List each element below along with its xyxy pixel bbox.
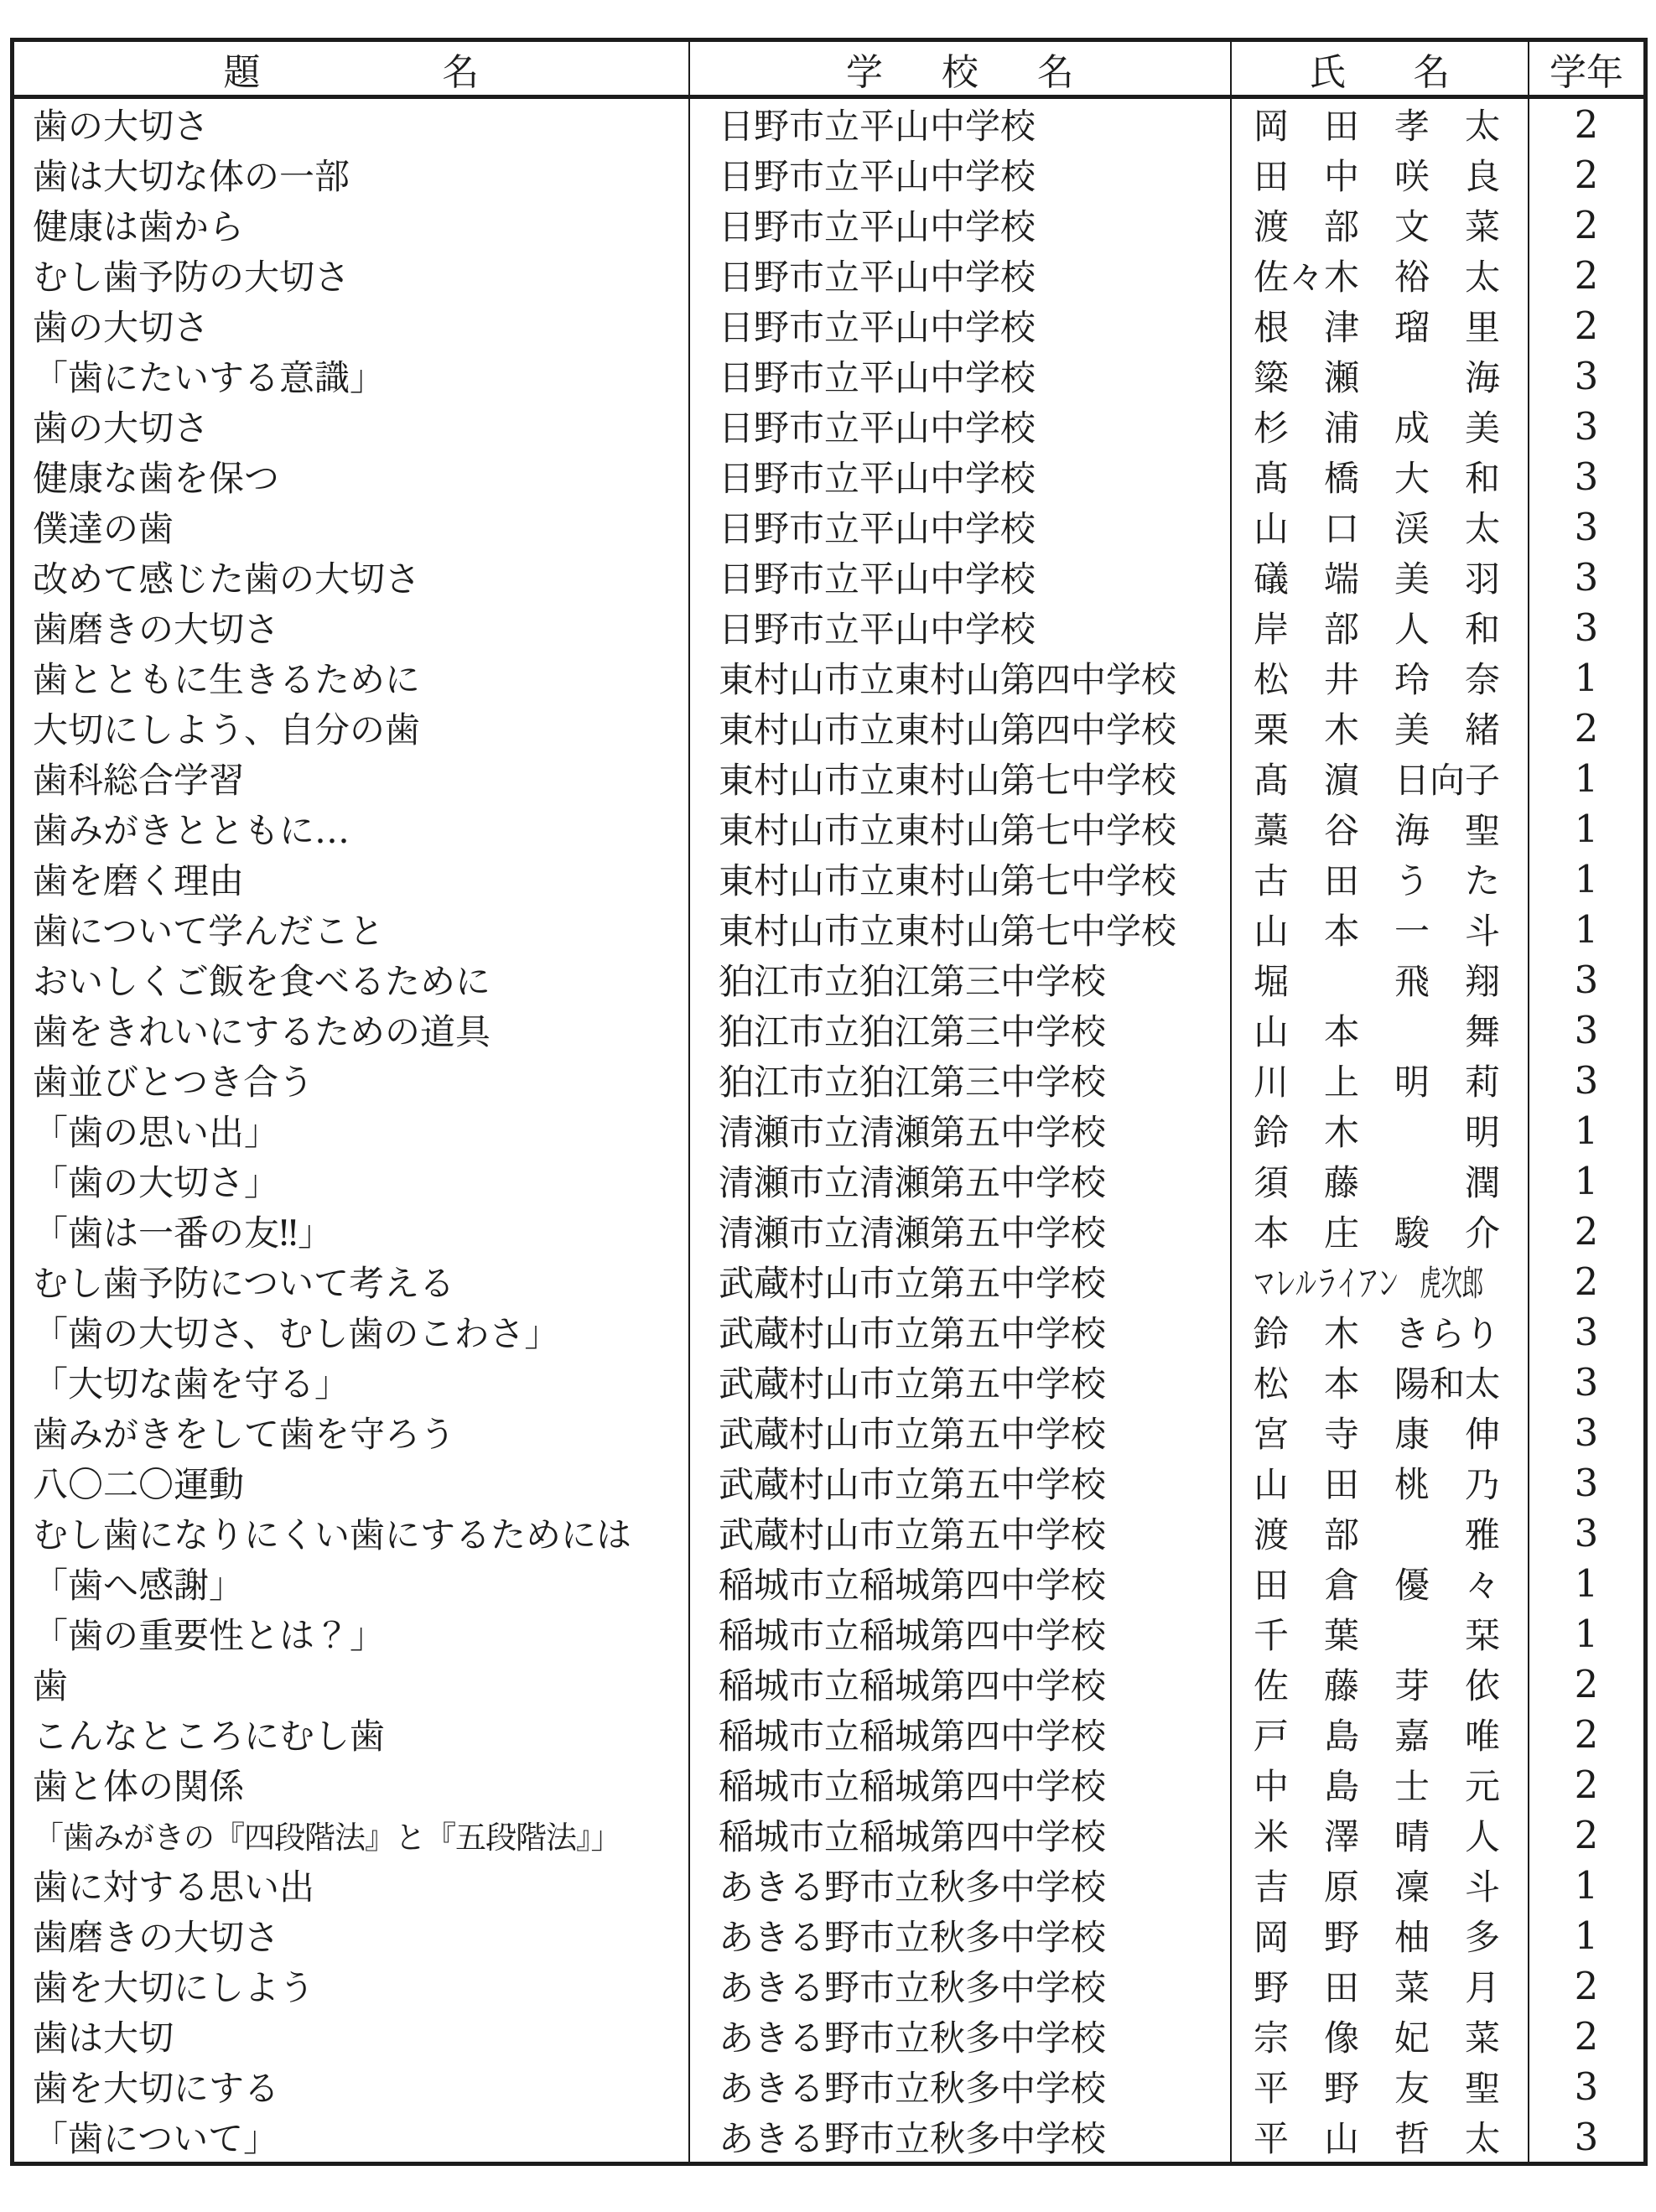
name-text: 中 島 士 元 xyxy=(1254,1759,1500,1810)
school-text: 狛江市立狛江第三中学校 xyxy=(719,1055,1106,1105)
school-text: 日野市立平山中学校 xyxy=(719,401,1036,451)
table-row: 歯は大切な体の一部日野市立平山中学校田 中 咲 良2 xyxy=(14,149,1643,200)
table-row: こんなところにむし歯稲城市立稲城第四中学校戸 島 嘉 唯2 xyxy=(14,1709,1643,1759)
cell-title: 「歯にたいする意識」 xyxy=(14,350,690,401)
cell-school: あきる野市立秋多中学校 xyxy=(690,2061,1232,2111)
grade-text: 3 xyxy=(1575,505,1599,549)
cell-school: 狛江市立狛江第三中学校 xyxy=(690,1055,1232,1105)
school-text: 武蔵村山市立第五中学校 xyxy=(719,1256,1106,1306)
school-text: 日野市立平山中学校 xyxy=(719,350,1036,401)
cell-title: おいしくご飯を食べるために xyxy=(14,954,690,1005)
school-text: 武蔵村山市立第五中学校 xyxy=(719,1407,1106,1457)
cell-title: 健康な歯を保つ xyxy=(14,451,690,501)
title-text: 歯磨きの大切さ xyxy=(33,1910,279,1960)
grade-text: 1 xyxy=(1575,1612,1599,1656)
cell-school: 日野市立平山中学校 xyxy=(690,501,1232,552)
cell-name: 礒 端 美 羽 xyxy=(1232,552,1529,602)
title-text: 歯磨きの大切さ xyxy=(33,602,279,652)
table-row: 歯みがきとともに…東村山市立東村山第七中学校藁 谷 海 聖1 xyxy=(14,803,1643,854)
cell-title: 歯みがきをして歯を守ろう xyxy=(14,1407,690,1457)
cell-name: 平 山 哲 太 xyxy=(1232,2111,1529,2162)
grade-text: 1 xyxy=(1575,857,1599,901)
cell-title: 僕達の歯 xyxy=(14,501,690,552)
cell-school: 武蔵村山市立第五中学校 xyxy=(690,1407,1232,1457)
table-body: 歯の大切さ日野市立平山中学校岡 田 孝 太2歯は大切な体の一部日野市立平山中学校… xyxy=(14,99,1643,2162)
cell-title: むし歯になりにくい歯にするためには xyxy=(14,1508,690,1558)
cell-title: 歯とともに生きるために xyxy=(14,652,690,703)
cell-grade: 3 xyxy=(1529,350,1643,401)
table-row: 「歯の重要性とは？」稲城市立稲城第四中学校千 葉 栞1 xyxy=(14,1608,1643,1659)
table-row: 歯磨きの大切さ日野市立平山中学校岸 部 人 和3 xyxy=(14,602,1643,652)
cell-school: 東村山市立東村山第七中学校 xyxy=(690,803,1232,854)
cell-school: 稲城市立稲城第四中学校 xyxy=(690,1709,1232,1759)
table-row: 僕達の歯日野市立平山中学校山 口 渓 太3 xyxy=(14,501,1643,552)
cell-grade: 2 xyxy=(1529,99,1643,149)
grade-text: 3 xyxy=(1575,555,1599,600)
cell-school: 日野市立平山中学校 xyxy=(690,350,1232,401)
title-text: 「歯へ感謝」 xyxy=(33,1558,244,1608)
cell-grade: 1 xyxy=(1529,1608,1643,1659)
school-text: 狛江市立狛江第三中学校 xyxy=(719,954,1106,1005)
cell-name: 山 本 舞 xyxy=(1232,1005,1529,1055)
cell-school: 武蔵村山市立第五中学校 xyxy=(690,1457,1232,1508)
cell-grade: 2 xyxy=(1529,1206,1643,1256)
cell-school: 稲城市立稲城第四中学校 xyxy=(690,1759,1232,1810)
cell-title: 歯並びとつき合う xyxy=(14,1055,690,1105)
cell-title: 歯の大切さ xyxy=(14,99,690,149)
grade-text: 2 xyxy=(1575,1209,1599,1254)
cell-grade: 2 xyxy=(1529,1709,1643,1759)
cell-grade: 3 xyxy=(1529,1005,1643,1055)
cell-name: 田 中 咲 良 xyxy=(1232,149,1529,200)
school-text: 稲城市立稲城第四中学校 xyxy=(719,1659,1106,1709)
name-text: 平 山 哲 太 xyxy=(1254,2111,1500,2162)
cell-title: むし歯予防の大切さ xyxy=(14,250,690,300)
cell-school: 日野市立平山中学校 xyxy=(690,401,1232,451)
table-row: 歯をきれいにするための道具狛江市立狛江第三中学校山 本 舞3 xyxy=(14,1005,1643,1055)
school-text: 日野市立平山中学校 xyxy=(719,451,1036,501)
school-text: 武蔵村山市立第五中学校 xyxy=(719,1508,1106,1558)
cell-name: 岸 部 人 和 xyxy=(1232,602,1529,652)
school-text: 東村山市立東村山第七中学校 xyxy=(719,753,1176,803)
school-text: 武蔵村山市立第五中学校 xyxy=(719,1457,1106,1508)
table-row: 歯とともに生きるために東村山市立東村山第四中学校松 井 玲 奈1 xyxy=(14,652,1643,703)
title-text: 歯の大切さ xyxy=(33,401,209,451)
cell-school: 稲城市立稲城第四中学校 xyxy=(690,1558,1232,1608)
cell-grade: 3 xyxy=(1529,2111,1643,2162)
cell-name: 山 本 一 斗 xyxy=(1232,904,1529,954)
name-text: 佐々木 裕 太 xyxy=(1254,250,1500,300)
table-row: 八〇二〇運動武蔵村山市立第五中学校山 田 桃 乃3 xyxy=(14,1457,1643,1508)
name-text: 米 澤 晴 人 xyxy=(1254,1810,1500,1860)
title-text: むし歯予防の大切さ xyxy=(33,250,350,300)
title-text: 歯を大切にしよう xyxy=(33,1960,314,2011)
cell-grade: 1 xyxy=(1529,803,1643,854)
school-text: 日野市立平山中学校 xyxy=(719,300,1036,350)
table-row: 健康は歯から日野市立平山中学校渡 部 文 菜2 xyxy=(14,200,1643,250)
cell-grade: 1 xyxy=(1529,854,1643,904)
table-row: 歯の大切さ日野市立平山中学校杉 浦 成 美3 xyxy=(14,401,1643,451)
title-text: 歯を大切にする xyxy=(33,2061,279,2111)
table-row: 改めて感じた歯の大切さ日野市立平山中学校礒 端 美 羽3 xyxy=(14,552,1643,602)
name-text: 平 野 友 聖 xyxy=(1254,2061,1500,2111)
grade-text: 3 xyxy=(1575,2064,1599,2109)
school-text: 清瀬市立清瀬第五中学校 xyxy=(719,1105,1106,1155)
school-text: 稲城市立稲城第四中学校 xyxy=(719,1810,1106,1860)
cell-school: 日野市立平山中学校 xyxy=(690,149,1232,200)
title-text: むし歯予防について考える xyxy=(33,1256,454,1306)
cell-school: 稲城市立稲城第四中学校 xyxy=(690,1608,1232,1659)
table-row: 歯は大切あきる野市立秋多中学校宗 像 妃 菜2 xyxy=(14,2011,1643,2061)
header-school: 学校名 xyxy=(690,42,1232,96)
name-text: 山 本 舞 xyxy=(1254,1005,1500,1055)
name-text: 髙 橋 大 和 xyxy=(1254,451,1500,501)
name-text: 山 口 渓 太 xyxy=(1254,501,1500,552)
cell-title: むし歯予防について考える xyxy=(14,1256,690,1306)
name-text: 山 本 一 斗 xyxy=(1254,904,1500,954)
cell-school: 武蔵村山市立第五中学校 xyxy=(690,1256,1232,1306)
cell-grade: 1 xyxy=(1529,753,1643,803)
cell-name: 中 島 士 元 xyxy=(1232,1759,1529,1810)
title-text: 健康な歯を保つ xyxy=(33,451,279,501)
cell-title: 八〇二〇運動 xyxy=(14,1457,690,1508)
grade-text: 2 xyxy=(1575,706,1599,750)
table-row: 「大切な歯を守る」武蔵村山市立第五中学校松 本 陽和太3 xyxy=(14,1357,1643,1407)
cell-grade: 1 xyxy=(1529,652,1643,703)
title-text: 歯に対する思い出 xyxy=(33,1860,314,1910)
grade-text: 2 xyxy=(1575,1763,1599,1807)
cell-school: 日野市立平山中学校 xyxy=(690,99,1232,149)
table-row: 歯に対する思い出あきる野市立秋多中学校吉 原 凜 斗1 xyxy=(14,1860,1643,1910)
cell-name: 鈴 木 明 xyxy=(1232,1105,1529,1155)
cell-name: 渡 部 雅 xyxy=(1232,1508,1529,1558)
name-text: 鈴 木 きらり xyxy=(1254,1306,1500,1357)
name-text: 渡 部 雅 xyxy=(1254,1508,1500,1558)
name-text: 岸 部 人 和 xyxy=(1254,602,1500,652)
grade-text: 1 xyxy=(1575,907,1599,952)
cell-grade: 3 xyxy=(1529,1357,1643,1407)
grade-text: 2 xyxy=(1575,253,1599,298)
cell-title: 歯をきれいにするための道具 xyxy=(14,1005,690,1055)
school-text: 日野市立平山中学校 xyxy=(719,149,1036,200)
title-text: 歯の大切さ xyxy=(33,99,209,149)
cell-name: 山 口 渓 太 xyxy=(1232,501,1529,552)
title-text: むし歯になりにくい歯にするためには xyxy=(33,1508,631,1558)
title-text: 「大切な歯を守る」 xyxy=(33,1357,350,1407)
school-text: 稲城市立稲城第四中学校 xyxy=(719,1558,1106,1608)
cell-grade: 2 xyxy=(1529,703,1643,753)
school-text: 武蔵村山市立第五中学校 xyxy=(719,1357,1106,1407)
grade-text: 2 xyxy=(1575,102,1599,147)
cell-name: 栗 木 美 緒 xyxy=(1232,703,1529,753)
name-text: 佐 藤 芽 依 xyxy=(1254,1659,1500,1709)
table-row: 歯を大切にするあきる野市立秋多中学校平 野 友 聖3 xyxy=(14,2061,1643,2111)
title-text: 歯をきれいにするための道具 xyxy=(33,1005,491,1055)
title-text: 「歯にたいする意識」 xyxy=(33,350,385,401)
cell-school: 稲城市立稲城第四中学校 xyxy=(690,1810,1232,1860)
cell-name: 吉 原 凜 斗 xyxy=(1232,1860,1529,1910)
grade-text: 1 xyxy=(1575,656,1599,700)
cell-grade: 3 xyxy=(1529,2061,1643,2111)
name-text: 本 庄 駿 介 xyxy=(1254,1206,1500,1256)
grade-text: 3 xyxy=(1575,1310,1599,1354)
cell-grade: 2 xyxy=(1529,1810,1643,1860)
cell-name: 髙 濵 日向子 xyxy=(1232,753,1529,803)
title-text: 健康は歯から xyxy=(33,200,244,250)
school-text: あきる野市立秋多中学校 xyxy=(719,1860,1106,1910)
grade-text: 3 xyxy=(1575,1461,1599,1505)
cell-name: 川 上 明 莉 xyxy=(1232,1055,1529,1105)
title-text: 「歯について」 xyxy=(33,2111,278,2162)
cell-school: 清瀬市立清瀬第五中学校 xyxy=(690,1155,1232,1206)
cell-title: 歯の大切さ xyxy=(14,300,690,350)
table-row: 歯を磨く理由東村山市立東村山第七中学校古 田 う た1 xyxy=(14,854,1643,904)
cell-title: 歯磨きの大切さ xyxy=(14,1910,690,1960)
header-grade: 学年 xyxy=(1529,42,1643,96)
school-text: あきる野市立秋多中学校 xyxy=(719,1910,1106,1960)
cell-title: 歯を大切にする xyxy=(14,2061,690,2111)
school-text: 日野市立平山中学校 xyxy=(719,99,1036,149)
name-text: 古 田 う た xyxy=(1254,854,1500,904)
cell-title: 健康は歯から xyxy=(14,200,690,250)
cell-title: 歯科総合学習 xyxy=(14,753,690,803)
name-text: 岡 田 孝 太 xyxy=(1254,99,1500,149)
name-text: 堀 飛 翔 xyxy=(1254,954,1500,1005)
cell-name: 宗 像 妃 菜 xyxy=(1232,2011,1529,2061)
cell-title: 改めて感じた歯の大切さ xyxy=(14,552,690,602)
table-row: 歯の大切さ日野市立平山中学校根 津 瑠 里2 xyxy=(14,300,1643,350)
name-text: 宮 寺 康 伸 xyxy=(1254,1407,1500,1457)
header-name-label: 氏名 xyxy=(1310,42,1451,96)
table-row: 歯稲城市立稲城第四中学校佐 藤 芽 依2 xyxy=(14,1659,1643,1709)
title-text: 歯並びとつき合う xyxy=(33,1055,314,1105)
title-text: 歯科総合学習 xyxy=(33,753,244,803)
title-text: おいしくご飯を食べるために xyxy=(33,954,491,1005)
table-row: 歯を大切にしようあきる野市立秋多中学校野 田 菜 月2 xyxy=(14,1960,1643,2011)
cell-name: 杉 浦 成 美 xyxy=(1232,401,1529,451)
title-text: 「歯の重要性とは？」 xyxy=(33,1608,385,1659)
school-text: 清瀬市立清瀬第五中学校 xyxy=(719,1206,1106,1256)
grade-text: 2 xyxy=(1575,2014,1599,2059)
cell-school: 清瀬市立清瀬第五中学校 xyxy=(690,1206,1232,1256)
title-text: 「歯の大切さ、むし歯のこわさ」 xyxy=(33,1306,559,1357)
grade-text: 3 xyxy=(1575,1410,1599,1455)
title-text: 歯とともに生きるために xyxy=(33,652,420,703)
table-row: 健康な歯を保つ日野市立平山中学校髙 橋 大 和3 xyxy=(14,451,1643,501)
cell-name: 渡 部 文 菜 xyxy=(1232,200,1529,250)
name-text: 杉 浦 成 美 xyxy=(1254,401,1500,451)
grade-text: 3 xyxy=(1575,2115,1599,2159)
title-text: 大切にしよう、自分の歯 xyxy=(33,703,420,753)
cell-school: あきる野市立秋多中学校 xyxy=(690,1910,1232,1960)
table-row: 「歯の思い出」清瀬市立清瀬第五中学校鈴 木 明1 xyxy=(14,1105,1643,1155)
title-text: こんなところにむし歯 xyxy=(33,1709,385,1759)
cell-name: 松 井 玲 奈 xyxy=(1232,652,1529,703)
table-row: 「歯の大切さ」清瀬市立清瀬第五中学校須 藤 潤1 xyxy=(14,1155,1643,1206)
name-text: 栗 木 美 緒 xyxy=(1254,703,1500,753)
table-row: 「歯の大切さ、むし歯のこわさ」武蔵村山市立第五中学校鈴 木 きらり3 xyxy=(14,1306,1643,1357)
name-text: 岡 野 柚 多 xyxy=(1254,1910,1500,1960)
cell-name: 髙 橋 大 和 xyxy=(1232,451,1529,501)
cell-school: 日野市立平山中学校 xyxy=(690,300,1232,350)
name-text: 根 津 瑠 里 xyxy=(1254,300,1500,350)
grade-text: 2 xyxy=(1575,1964,1599,2008)
cell-name: 米 澤 晴 人 xyxy=(1232,1810,1529,1860)
name-text: 松 本 陽和太 xyxy=(1254,1357,1500,1407)
table-row: むし歯になりにくい歯にするためには武蔵村山市立第五中学校渡 部 雅3 xyxy=(14,1508,1643,1558)
school-text: 日野市立平山中学校 xyxy=(719,250,1036,300)
table-row: 歯科総合学習東村山市立東村山第七中学校髙 濵 日向子1 xyxy=(14,753,1643,803)
title-text: 改めて感じた歯の大切さ xyxy=(33,552,420,602)
cell-title: 「歯の大切さ、むし歯のこわさ」 xyxy=(14,1306,690,1357)
title-text: 僕達の歯 xyxy=(33,501,174,552)
cell-grade: 3 xyxy=(1529,501,1643,552)
grade-text: 1 xyxy=(1575,1863,1599,1908)
school-text: 東村山市立東村山第七中学校 xyxy=(719,803,1176,854)
title-text: 歯の大切さ xyxy=(33,300,209,350)
header-school-label: 学校名 xyxy=(846,42,1074,96)
header-grade-label: 学年 xyxy=(1550,42,1623,96)
school-text: 東村山市立東村山第四中学校 xyxy=(719,652,1176,703)
cell-grade: 2 xyxy=(1529,1256,1643,1306)
grade-text: 3 xyxy=(1575,354,1599,398)
title-text: 歯は大切な体の一部 xyxy=(33,149,350,200)
cell-name: 堀 飛 翔 xyxy=(1232,954,1529,1005)
name-text: 川 上 明 莉 xyxy=(1254,1055,1500,1105)
school-text: 東村山市立東村山第七中学校 xyxy=(719,904,1176,954)
table-row: 歯の大切さ日野市立平山中学校岡 田 孝 太2 xyxy=(14,99,1643,149)
school-text: 日野市立平山中学校 xyxy=(719,552,1036,602)
cell-grade: 2 xyxy=(1529,1960,1643,2011)
cell-school: 日野市立平山中学校 xyxy=(690,552,1232,602)
cell-school: 狛江市立狛江第三中学校 xyxy=(690,954,1232,1005)
table-row: おいしくご飯を食べるために狛江市立狛江第三中学校堀 飛 翔3 xyxy=(14,954,1643,1005)
cell-grade: 1 xyxy=(1529,1105,1643,1155)
cell-school: 東村山市立東村山第七中学校 xyxy=(690,753,1232,803)
grade-text: 2 xyxy=(1575,304,1599,348)
cell-name: 本 庄 駿 介 xyxy=(1232,1206,1529,1256)
cell-school: 武蔵村山市立第五中学校 xyxy=(690,1508,1232,1558)
name-text: 藁 谷 海 聖 xyxy=(1254,803,1500,854)
title-text: 歯と体の関係 xyxy=(33,1759,244,1810)
table-row: 「歯へ感謝」稲城市立稲城第四中学校田 倉 優 々1 xyxy=(14,1558,1643,1608)
table-row: 「歯は一番の友‼」清瀬市立清瀬第五中学校本 庄 駿 介2 xyxy=(14,1206,1643,1256)
grade-text: 1 xyxy=(1575,1913,1599,1958)
grade-text: 3 xyxy=(1575,454,1599,499)
winners-table: 題名 学校名 氏名 学年 歯の大切さ日野市立平山中学校岡 田 孝 太2歯は大切な… xyxy=(10,38,1648,2166)
cell-title: 歯を磨く理由 xyxy=(14,854,690,904)
cell-name: 田 倉 優 々 xyxy=(1232,1558,1529,1608)
cell-grade: 1 xyxy=(1529,1155,1643,1206)
grade-text: 3 xyxy=(1575,1360,1599,1405)
name-text: 須 藤 潤 xyxy=(1254,1155,1500,1206)
grade-text: 3 xyxy=(1575,605,1599,650)
name-text: 田 中 咲 良 xyxy=(1254,149,1500,200)
name-text: 野 田 菜 月 xyxy=(1254,1960,1500,2011)
grade-text: 2 xyxy=(1575,1662,1599,1706)
school-text: 狛江市立狛江第三中学校 xyxy=(719,1005,1106,1055)
cell-title: 歯磨きの大切さ xyxy=(14,602,690,652)
cell-grade: 2 xyxy=(1529,149,1643,200)
school-text: 日野市立平山中学校 xyxy=(719,501,1036,552)
cell-name: 戸 島 嘉 唯 xyxy=(1232,1709,1529,1759)
school-text: 稲城市立稲城第四中学校 xyxy=(719,1608,1106,1659)
cell-grade: 3 xyxy=(1529,1306,1643,1357)
grade-text: 3 xyxy=(1575,1008,1599,1052)
table-row: 「歯について」あきる野市立秋多中学校平 山 哲 太3 xyxy=(14,2111,1643,2162)
cell-grade: 3 xyxy=(1529,1055,1643,1105)
cell-name: 山 田 桃 乃 xyxy=(1232,1457,1529,1508)
school-text: 武蔵村山市立第五中学校 xyxy=(719,1306,1106,1357)
cell-title: 歯について学んだこと xyxy=(14,904,690,954)
title-text: 「歯の思い出」 xyxy=(33,1105,279,1155)
table-row: 「歯にたいする意識」日野市立平山中学校簗 瀬 海3 xyxy=(14,350,1643,401)
cell-grade: 2 xyxy=(1529,250,1643,300)
table-row: 大切にしよう、自分の歯東村山市立東村山第四中学校栗 木 美 緒2 xyxy=(14,703,1643,753)
cell-name: 千 葉 栞 xyxy=(1232,1608,1529,1659)
name-text: 吉 原 凜 斗 xyxy=(1254,1860,1500,1910)
table-row: 歯みがきをして歯を守ろう武蔵村山市立第五中学校宮 寺 康 伸3 xyxy=(14,1407,1643,1457)
school-text: 東村山市立東村山第四中学校 xyxy=(719,703,1176,753)
cell-grade: 3 xyxy=(1529,1407,1643,1457)
grade-text: 2 xyxy=(1575,1259,1599,1304)
cell-grade: 2 xyxy=(1529,1659,1643,1709)
cell-school: 東村山市立東村山第四中学校 xyxy=(690,703,1232,753)
title-text: 歯みがきとともに… xyxy=(33,803,350,854)
grade-text: 2 xyxy=(1575,203,1599,247)
cell-title: 大切にしよう、自分の歯 xyxy=(14,703,690,753)
cell-grade: 2 xyxy=(1529,1759,1643,1810)
cell-title: こんなところにむし歯 xyxy=(14,1709,690,1759)
cell-name: 佐々木 裕 太 xyxy=(1232,250,1529,300)
cell-school: 日野市立平山中学校 xyxy=(690,451,1232,501)
grade-text: 2 xyxy=(1575,1712,1599,1757)
cell-name: 野 田 菜 月 xyxy=(1232,1960,1529,2011)
school-text: 清瀬市立清瀬第五中学校 xyxy=(719,1155,1106,1206)
cell-grade: 3 xyxy=(1529,954,1643,1005)
grade-text: 3 xyxy=(1575,1511,1599,1555)
grade-text: 2 xyxy=(1575,153,1599,197)
cell-school: 日野市立平山中学校 xyxy=(690,602,1232,652)
cell-name: 須 藤 潤 xyxy=(1232,1155,1529,1206)
cell-grade: 3 xyxy=(1529,451,1643,501)
cell-school: あきる野市立秋多中学校 xyxy=(690,2011,1232,2061)
cell-school: 稲城市立稲城第四中学校 xyxy=(690,1659,1232,1709)
cell-grade: 1 xyxy=(1529,1910,1643,1960)
title-text: 歯を磨く理由 xyxy=(33,854,244,904)
grade-text: 3 xyxy=(1575,404,1599,449)
cell-grade: 3 xyxy=(1529,1457,1643,1508)
cell-title: 歯は大切 xyxy=(14,2011,690,2061)
name-text: 宗 像 妃 菜 xyxy=(1254,2011,1500,2061)
cell-name: 松 本 陽和太 xyxy=(1232,1357,1529,1407)
school-text: 東村山市立東村山第七中学校 xyxy=(719,854,1176,904)
cell-school: 武蔵村山市立第五中学校 xyxy=(690,1306,1232,1357)
name-text: 簗 瀬 海 xyxy=(1254,350,1500,401)
name-text: 鈴 木 明 xyxy=(1254,1105,1500,1155)
cell-name: 古 田 う た xyxy=(1232,854,1529,904)
cell-title: 「歯は一番の友‼」 xyxy=(14,1206,690,1256)
cell-title: 「歯について」 xyxy=(14,2111,690,2162)
cell-grade: 3 xyxy=(1529,1508,1643,1558)
cell-title: 「歯の大切さ」 xyxy=(14,1155,690,1206)
cell-title: 歯 xyxy=(14,1659,690,1709)
cell-name: 藁 谷 海 聖 xyxy=(1232,803,1529,854)
header-name: 氏名 xyxy=(1232,42,1529,96)
cell-grade: 3 xyxy=(1529,552,1643,602)
grade-text: 1 xyxy=(1575,807,1599,851)
title-text: 「歯みがきの『四段階法』と『五段階法』」 xyxy=(33,1812,621,1857)
